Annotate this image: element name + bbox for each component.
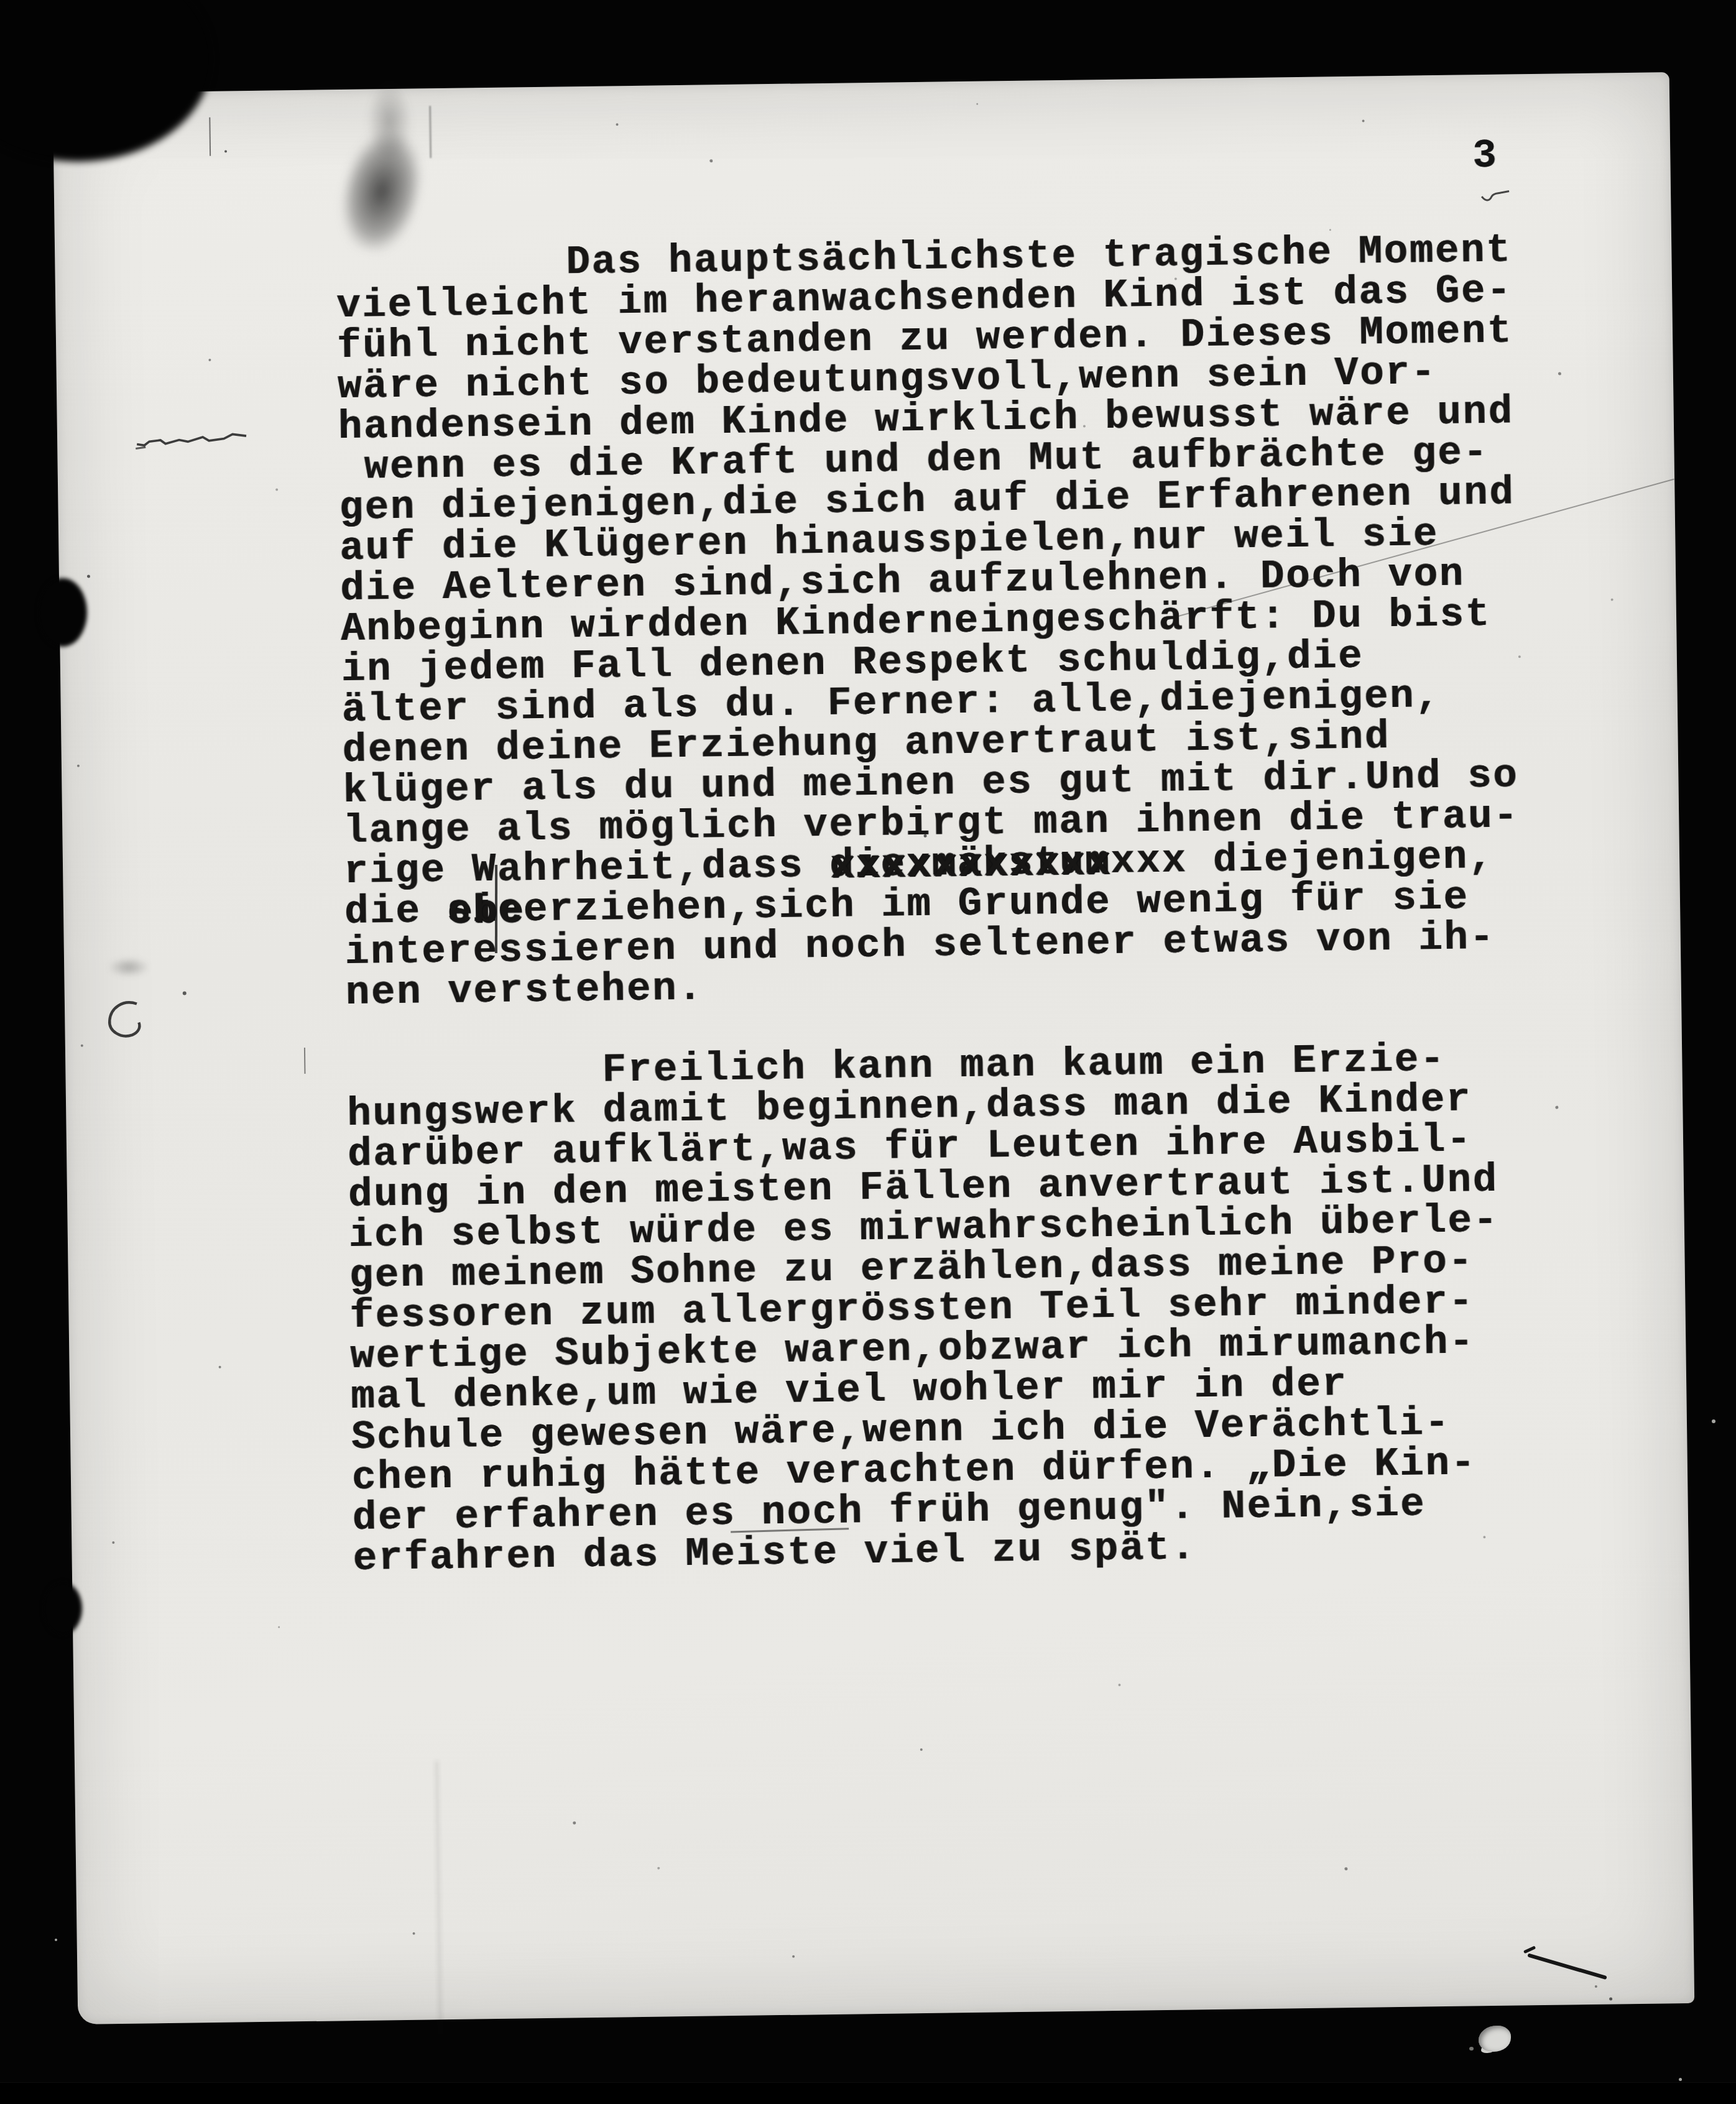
paper-page: 3 Das hauptsächlichste tragische Momentv [53,72,1694,2024]
dust-speck [920,1748,923,1751]
dust-speck [413,1932,415,1935]
dust-speck [1595,1985,1597,1988]
dust-speck [1362,120,1365,122]
dust-speck [1558,372,1561,375]
scratch-mark [429,106,432,158]
dust-speck [1555,1106,1558,1109]
paragraph: Freilich kann man kaum ein Erzie-hungswe… [346,1039,1529,1580]
film-edge-blob [44,1582,82,1635]
typewritten-text: Das hauptsächlichste tragische Momentvie… [336,231,1529,1580]
film-edge-blob [39,578,87,647]
pen-stroke-bottom-right [1527,1953,1607,1980]
dust-specks [53,72,1669,93]
overtyped-correction: diexmäkstum [829,842,1111,887]
ink-smudge-large [331,124,432,259]
dust-speck [1609,1998,1612,2001]
dust-speck [1344,1867,1347,1870]
text-segment: nen verstehen. [345,967,703,1017]
pen-stroke-hook [1523,1945,1536,1954]
film-white-speck [1679,2078,1682,2081]
dust-speck [709,159,713,162]
dust-speck [792,1955,795,1958]
film-white-speck [1712,1419,1715,1423]
film-white-blotch [1479,2026,1511,2052]
scan-streak [435,1761,442,2034]
film-white-speck [55,1939,57,1941]
dust-speck [616,123,618,126]
dust-speck [275,488,278,491]
microfilm-background: 3 Das hauptsächlichste tragische Momentv [0,0,1736,2104]
dust-speck [657,1867,660,1870]
text-segment: die [344,889,447,935]
paragraph: Das hauptsächlichste tragische Momentvie… [336,231,1521,1014]
dust-speck [278,1626,280,1628]
page-number: 3 [1472,134,1497,179]
scratch-mark [304,1048,306,1074]
pen-mark-circle [104,1000,150,1044]
dust-speck [77,765,80,767]
dust-speck [1518,655,1521,658]
dust-speck [1611,598,1614,601]
dust-speck [1118,1684,1120,1686]
dust-speck [573,1821,576,1824]
dust-speck [81,1045,83,1047]
dust-speck [87,574,90,578]
ink-smudge-faint [367,81,413,163]
dust-speck [976,103,978,105]
dust-speck [224,150,227,152]
dust-speck [208,359,211,361]
film-white-speck [1469,2047,1474,2051]
ink-smudge-left-margin [109,957,149,977]
dust-speck [219,1366,221,1368]
dust-speck [112,1541,114,1544]
pen-scribble [133,422,258,458]
scratch-mark [209,118,211,156]
dust-speck [183,991,187,995]
overtyped-correction: sie [446,890,524,932]
page-number-squiggle [1479,185,1523,204]
